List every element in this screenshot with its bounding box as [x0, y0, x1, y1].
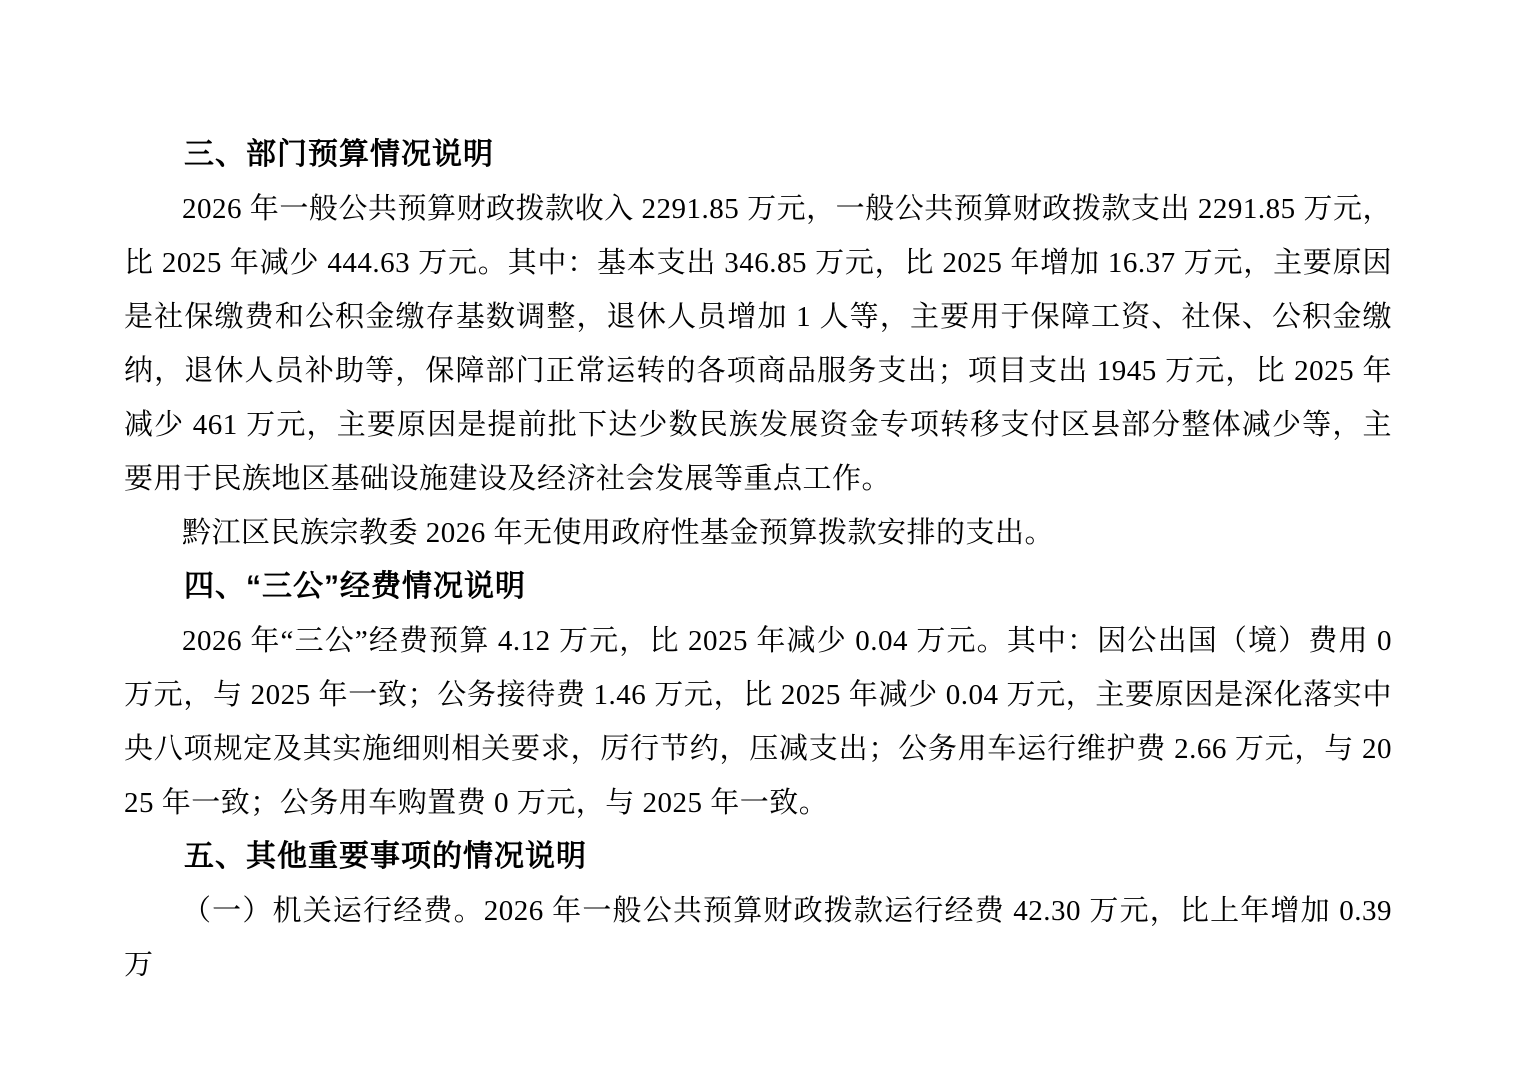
document-page: 三、部门预算情况说明 2026 年一般公共预算财政拨款收入 2291.85 万元… — [0, 0, 1520, 1074]
document-content: 三、部门预算情况说明 2026 年一般公共预算财政拨款收入 2291.85 万元… — [124, 128, 1392, 992]
paragraph-general-budget-explanation: 2026 年一般公共预算财政拨款收入 2291.85 万元，一般公共预算财政拨款… — [124, 182, 1392, 506]
paragraph-government-fund-statement: 黔江区民族宗教委 2026 年无使用政府性基金预算拨款安排的支出。 — [124, 506, 1392, 560]
paragraph-agency-operating-expenses: （一）机关运行经费。2026 年一般公共预算财政拨款运行经费 42.30 万元，… — [124, 884, 1392, 992]
heading-section-4-three-public-expenses: 四、“三公”经费情况说明 — [124, 560, 1392, 614]
heading-section-5-other-important-matters: 五、其他重要事项的情况说明 — [124, 830, 1392, 884]
paragraph-three-public-expenses-explanation: 2026 年“三公”经费预算 4.12 万元，比 2025 年减少 0.04 万… — [124, 614, 1392, 830]
heading-section-3-department-budget: 三、部门预算情况说明 — [124, 128, 1392, 182]
